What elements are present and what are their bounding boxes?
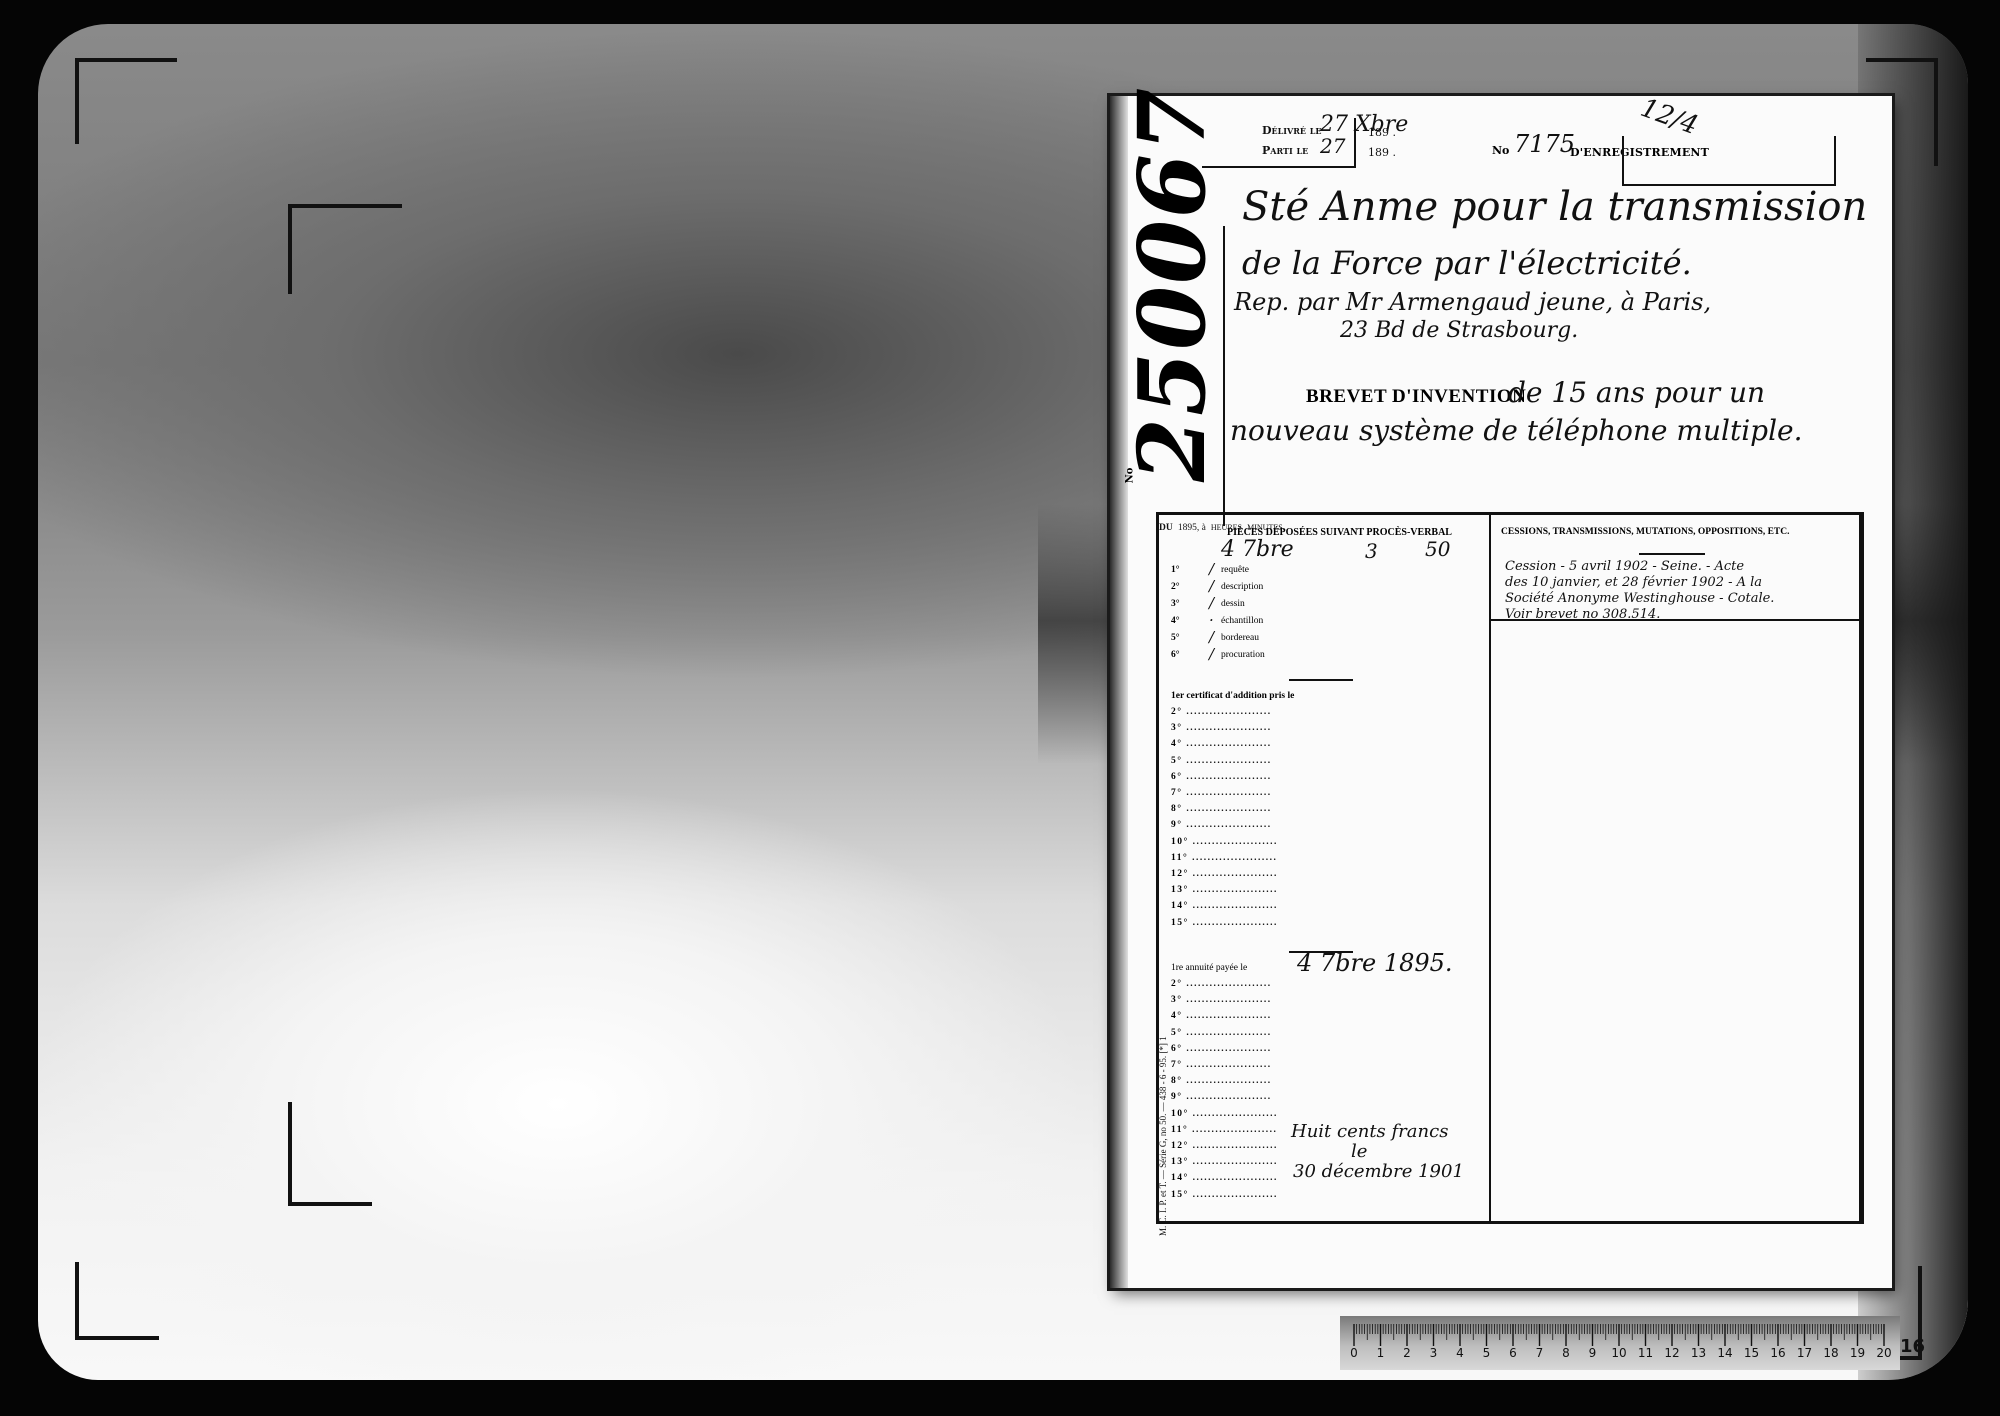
piece-number: 6° (1171, 650, 1180, 660)
deposit-year: 1895, à (1178, 523, 1206, 533)
title-handwritten-1: de 15 ans pour un (1508, 376, 1765, 409)
ruler-label: 12 (1664, 1346, 1679, 1360)
scale-ruler: 01234567891011121314151617181920 (1340, 1316, 1900, 1370)
ruler-label: 14 (1717, 1346, 1732, 1360)
crop-mark-bottom-left-outer (75, 1262, 159, 1340)
ruler-label: 17 (1797, 1346, 1812, 1360)
applicant-line-4: 23 Bd de Strasbourg. (1340, 318, 1578, 343)
certificate-row: 2° ...................... (1171, 707, 1272, 717)
certificate-row: 13° ...................... (1171, 885, 1278, 895)
annuity-row: 11° ...................... (1171, 1125, 1277, 1135)
piece-count: / (1209, 577, 1214, 595)
sheet-number: 16 (1900, 1336, 1925, 1357)
piece-number: 3° (1171, 599, 1180, 609)
cessions-heading: CESSIONS, TRANSMISSIONS, MUTATIONS, OPPO… (1501, 527, 1790, 537)
certificate-row: 6° ...................... (1171, 772, 1272, 782)
ruler-label: 1 (1377, 1346, 1385, 1360)
cessions-divider (1491, 619, 1859, 621)
patent-record-card: Délivré le 27 Xbre 189 . Parti le 27 189… (1110, 96, 1892, 1288)
annuity-row: 9° ...................... (1171, 1092, 1272, 1102)
annuity-row: 5° ...................... (1171, 1028, 1272, 1038)
annuity-row: 10° ...................... (1171, 1109, 1278, 1119)
piece-label: échantillon (1221, 616, 1263, 626)
annuity-row: 3° ...................... (1171, 995, 1272, 1005)
deposit-hour: 3 (1365, 539, 1378, 563)
annuity-first-value: 4 7bre 1895. (1297, 949, 1453, 977)
ruler-label: 20 (1876, 1346, 1891, 1360)
ruler-label: 18 (1823, 1346, 1838, 1360)
certificate-first: 1er certificat d'addition pris le (1171, 691, 1294, 701)
cession-line-3: Société Anonyme Westinghouse - Cotale. (1505, 591, 1774, 606)
registration-prefix: No (1492, 144, 1509, 157)
piece-number: 5° (1171, 633, 1180, 643)
cession-line-1: Cession - 5 avril 1902 - Seine. - Acte (1505, 559, 1744, 574)
blank-box (1622, 136, 1836, 186)
applicant-line-3: Rep. par Mr Armengaud jeune, à Paris, (1234, 288, 1711, 316)
crop-mark-bottom-left-inner (288, 1102, 372, 1206)
certificate-row: 15° ...................... (1171, 918, 1278, 928)
certificate-row: 5° ...................... (1171, 756, 1272, 766)
applicant-line-1: Sté Anme pour la transmission (1242, 184, 1867, 230)
ruler-label: 6 (1509, 1346, 1517, 1360)
annuity-row: 13° ...................... (1171, 1157, 1278, 1167)
annuity-note-2: le (1351, 1141, 1367, 1162)
departed-year: 189 . (1368, 146, 1396, 159)
ruler-label: 2 (1403, 1346, 1411, 1360)
piece-count: / (1209, 628, 1214, 646)
ruler-label: 10 (1611, 1346, 1626, 1360)
piece-count: / (1209, 560, 1214, 578)
annuity-row: 15° ...................... (1171, 1190, 1278, 1200)
piece-count: / (1209, 645, 1214, 663)
annuity-note-3: 30 décembre 1901 (1293, 1161, 1464, 1182)
departed-label: Parti le (1262, 144, 1308, 157)
certificate-row: 14° ...................... (1171, 901, 1278, 911)
annuity-row: 7° ...................... (1171, 1060, 1272, 1070)
piece-number: 2° (1171, 582, 1180, 592)
piece-label: description (1221, 582, 1263, 592)
annuity-first: 1re annuité payée le (1171, 963, 1247, 973)
brevet-title: BREVET D'INVENTION (1306, 386, 1526, 408)
pieces-rule (1289, 679, 1353, 681)
departed-value: 27 (1320, 134, 1345, 158)
ruler-label: 7 (1536, 1346, 1544, 1360)
annuity-row: 8° ...................... (1171, 1076, 1272, 1086)
ruler-label: 13 (1691, 1346, 1706, 1360)
ruler-label: 5 (1483, 1346, 1491, 1360)
piece-label: bordereau (1221, 633, 1259, 643)
patent-number: 250067 (1118, 86, 1226, 482)
certificate-row: 4° ...................... (1171, 739, 1272, 749)
annuity-row: 14° ...................... (1171, 1173, 1278, 1183)
piece-label: requête (1221, 565, 1249, 575)
delivered-label: Délivré le (1262, 124, 1322, 137)
title-handwritten-2: nouveau système de téléphone multiple. (1230, 414, 1803, 447)
certificate-row: 3° ...................... (1171, 723, 1272, 733)
ruler-label: 9 (1589, 1346, 1597, 1360)
certificate-row: 8° ...................... (1171, 804, 1272, 814)
annuity-row: 6° ...................... (1171, 1044, 1272, 1054)
crop-mark-top-left-inner (288, 204, 402, 294)
delivered-year: 189 . (1368, 126, 1396, 139)
deposit-minutes: 50 (1425, 537, 1450, 561)
certificate-row: 11° ...................... (1171, 853, 1277, 863)
ruler-label: 3 (1430, 1346, 1438, 1360)
applicant-line-2: de la Force par l'électricité. (1242, 244, 1692, 282)
annuity-row: 2° ...................... (1171, 979, 1272, 989)
ruler-label: 0 (1350, 1346, 1358, 1360)
cession-line-2: des 10 janvier, et 28 février 1902 - A l… (1505, 575, 1762, 590)
piece-label: dessin (1221, 599, 1245, 609)
crop-mark-top-left-outer (75, 58, 177, 144)
corner-note: 12/4 (1637, 93, 1702, 141)
piece-count: / (1209, 594, 1214, 612)
annuity-note-1: Huit cents francs (1291, 1121, 1448, 1142)
annuity-row: 12° ...................... (1171, 1141, 1278, 1151)
record-table: PIÈCES DÉPOSÉES SUIVANT PROCÈS-VERBAL DU… (1156, 512, 1864, 1224)
certificate-row: 10° ...................... (1171, 837, 1278, 847)
certificate-row: 9° ...................... (1171, 820, 1272, 830)
ruler-ticks (1350, 1324, 1890, 1348)
annuity-row: 4° ...................... (1171, 1011, 1272, 1021)
piece-number: 1° (1171, 565, 1180, 575)
piece-number: 4° (1171, 616, 1180, 626)
registration-number: 7175 (1514, 130, 1575, 158)
cessions-rule (1639, 553, 1705, 555)
piece-count: · (1209, 611, 1214, 629)
deposit-date: 4 7bre (1221, 537, 1294, 562)
ruler-label: 4 (1456, 1346, 1464, 1360)
certificate-row: 12° ...................... (1171, 869, 1278, 879)
ruler-label: 15 (1744, 1346, 1759, 1360)
certificate-row: 7° ...................... (1171, 788, 1272, 798)
ruler-label: 19 (1850, 1346, 1865, 1360)
piece-label: procuration (1221, 650, 1265, 660)
ruler-label: 11 (1638, 1346, 1653, 1360)
ruler-label: 16 (1770, 1346, 1785, 1360)
ruler-label: 8 (1562, 1346, 1570, 1360)
date-prefix: DU (1159, 523, 1173, 533)
